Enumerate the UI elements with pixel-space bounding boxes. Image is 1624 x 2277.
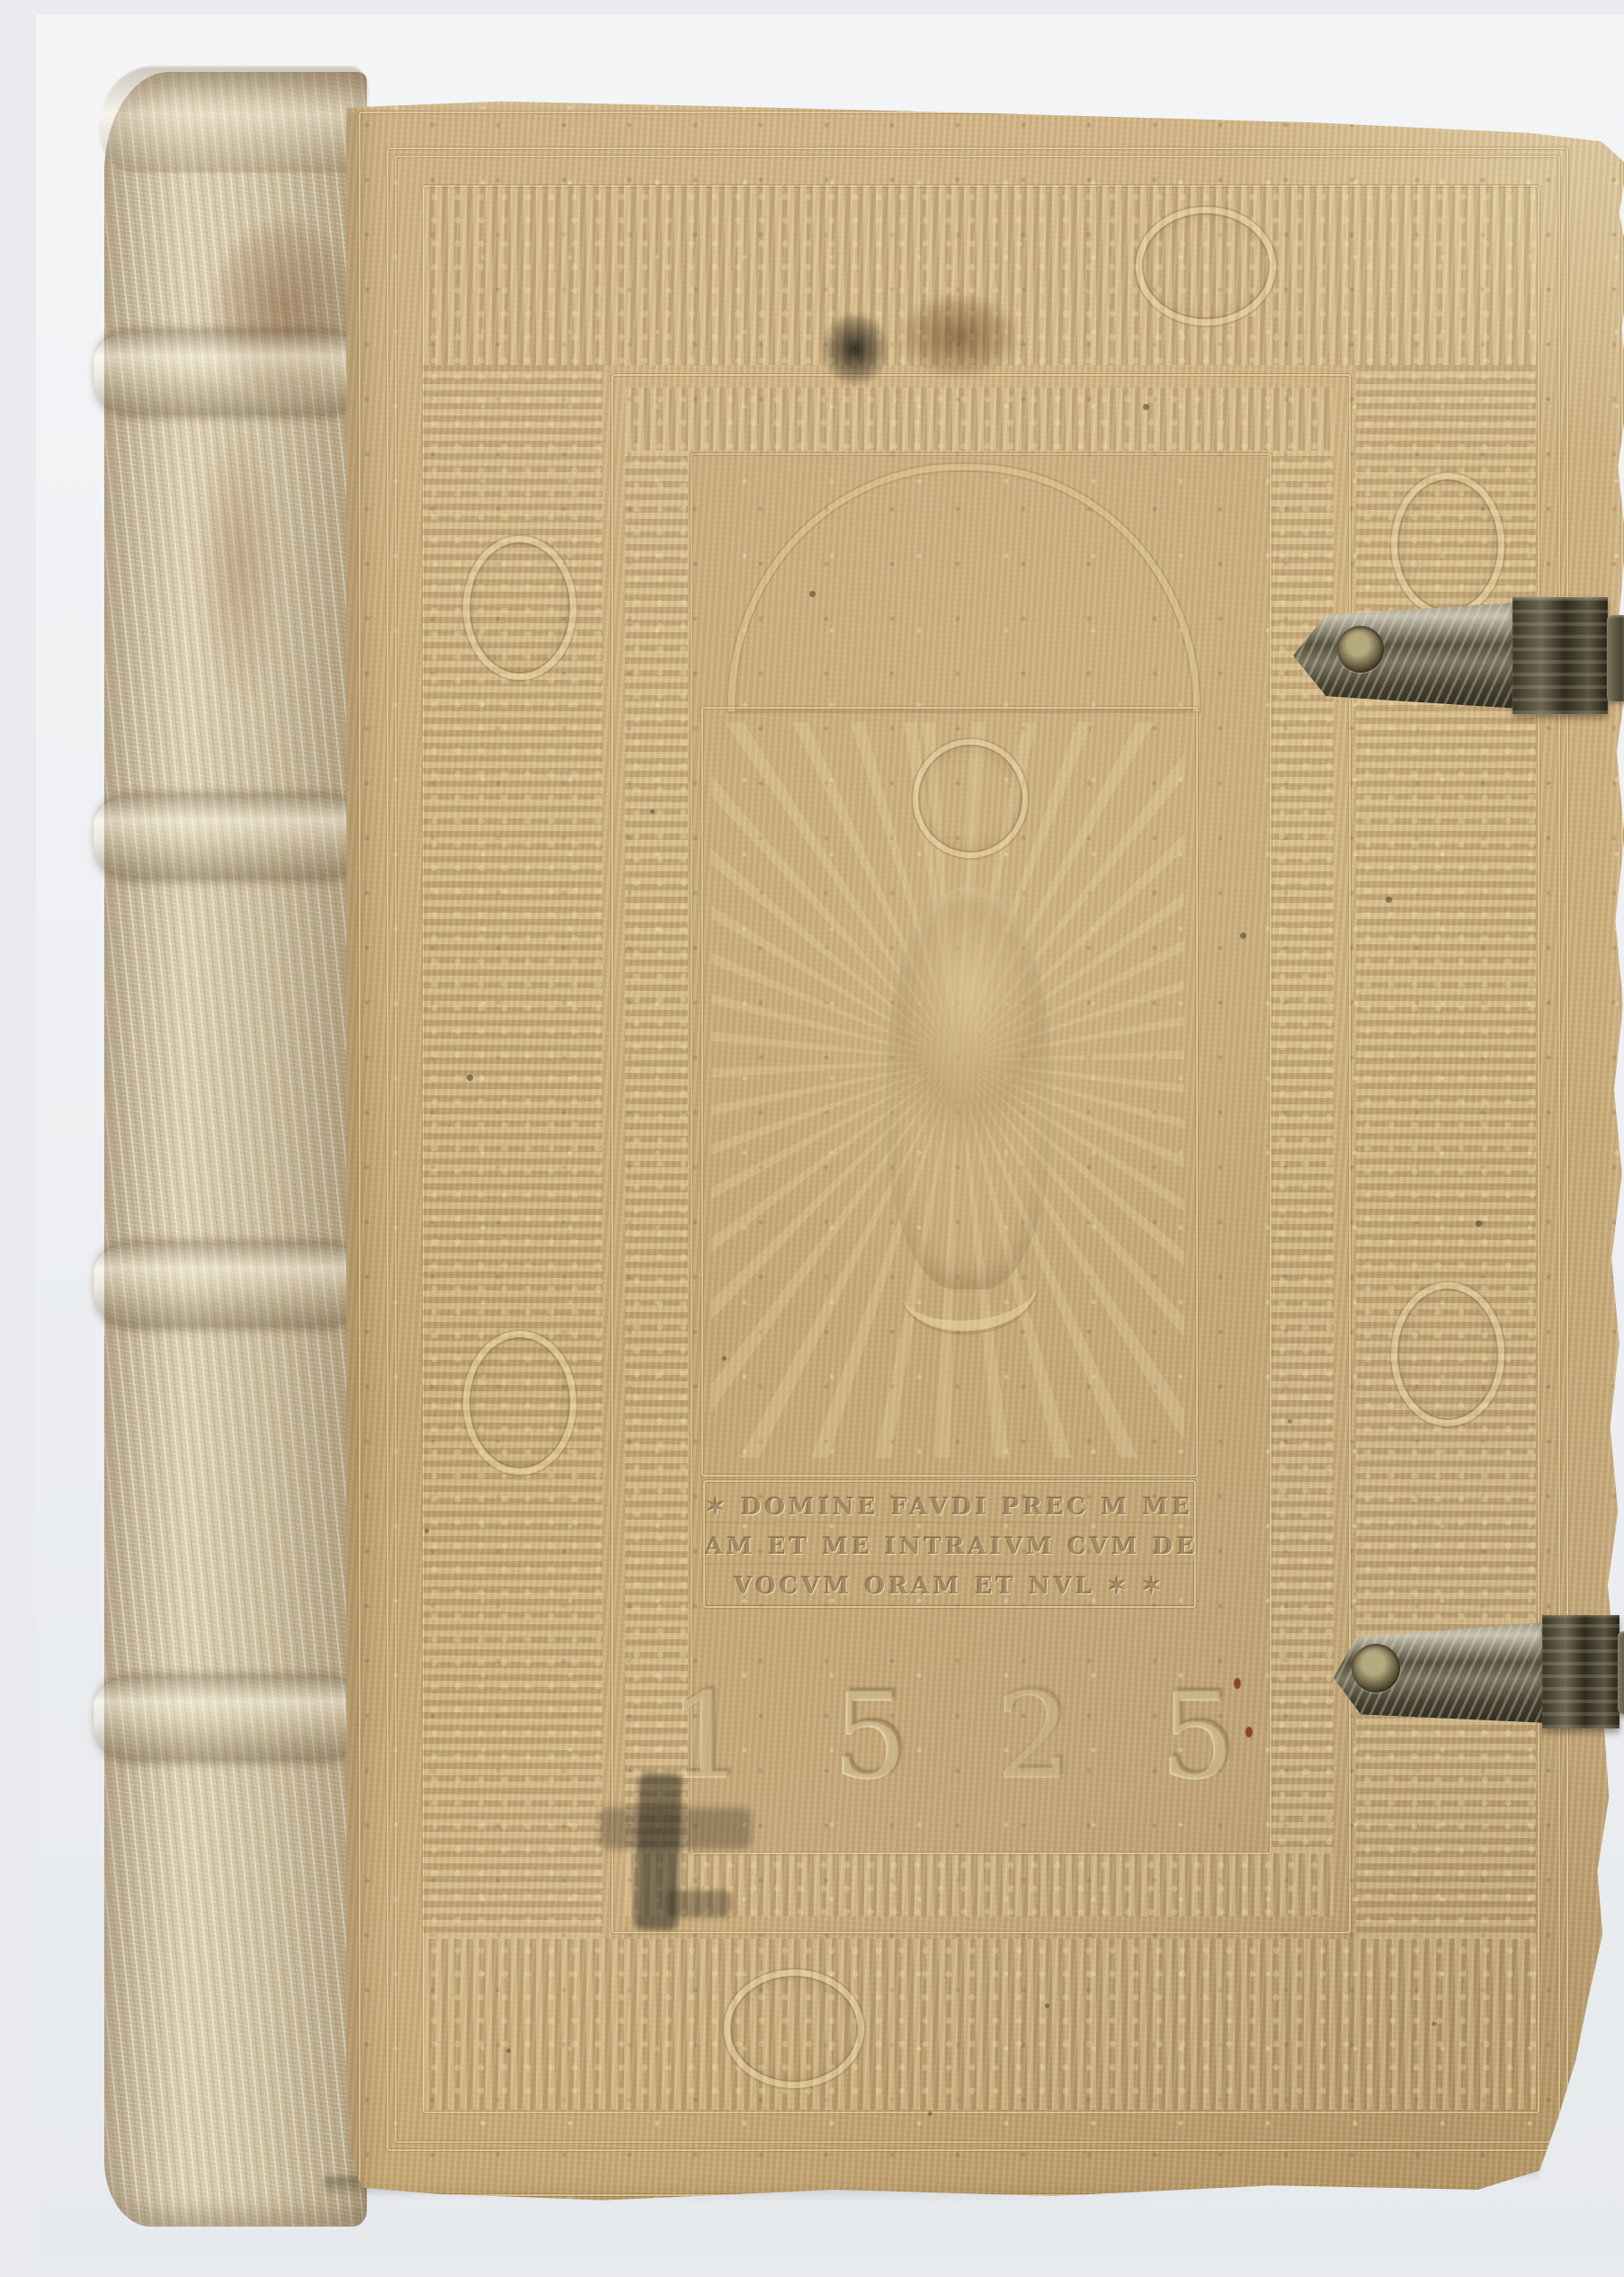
- ink-smudge: [665, 1890, 732, 1917]
- inscription-line: AM ET ME INTRAIVM CVM DE: [705, 1527, 1194, 1567]
- narrow-roll-top: [625, 388, 1334, 451]
- madonna-figure: [886, 887, 1052, 1290]
- clasp-catch-bottom-hinge: [1618, 1631, 1624, 1714]
- clasp-catch-bottom-plate: [1542, 1615, 1620, 1728]
- roll-medallion-portrait: [1391, 1282, 1504, 1426]
- ink-stain-black: [811, 300, 899, 397]
- clasp-catch-top-rivet-hole: [1337, 626, 1384, 673]
- photo-background: Photograph of a 16th-century book in a b…: [36, 14, 1624, 2263]
- date-digit: 5: [834, 1668, 909, 1803]
- leather-specks: [36, 14, 40, 19]
- front-cover: ✶ DOMINE FAVDI PREC M ME AM ET ME INTRAI…: [346, 97, 1624, 2209]
- roll-border-bottom: [423, 1939, 1536, 2110]
- roll-medallion-portrait: [463, 1331, 576, 1475]
- clasp-catch-bottom-rivet-hole: [1352, 1644, 1400, 1692]
- inscription-panel: ✶ DOMINE FAVDI PREC M ME AM ET ME INTRAI…: [703, 1480, 1196, 1608]
- rust-speck: [1245, 1727, 1253, 1737]
- pictorial-panel: [701, 707, 1194, 1473]
- inscription-line: VOCVM ORAM ET NVL ✶ ✶: [705, 1567, 1194, 1606]
- clasp-catch-top-hinge: [1607, 615, 1624, 701]
- date-stamp-row: 1 5 2 5: [670, 1667, 1236, 1804]
- raised-band: [94, 331, 363, 414]
- roll-medallion-portrait: [724, 1969, 864, 2088]
- inscription-line: ✶ DOMINE FAVDI PREC M ME: [705, 1487, 1194, 1527]
- raised-band: [94, 795, 363, 878]
- ink-stain-brown: [879, 281, 1038, 392]
- rust-speck: [1234, 1678, 1241, 1689]
- halo-ring: [913, 739, 1028, 858]
- ink-smudge: [599, 1808, 752, 1849]
- raised-band: [94, 1676, 363, 1759]
- date-digit: 5: [1161, 1668, 1236, 1803]
- roll-medallion-portrait: [463, 536, 576, 680]
- narrow-roll-left: [625, 451, 688, 1853]
- clasp-catch-top-plate: [1512, 597, 1608, 714]
- roll-medallion-portrait: [1391, 473, 1504, 617]
- date-digit: 2: [997, 1668, 1073, 1803]
- raised-band: [94, 1243, 363, 1326]
- spine-stain: [180, 369, 297, 755]
- spine-headcap: [99, 67, 369, 173]
- roll-medallion-portrait: [1136, 207, 1276, 326]
- clasp-catch-top-blade: [1293, 601, 1512, 710]
